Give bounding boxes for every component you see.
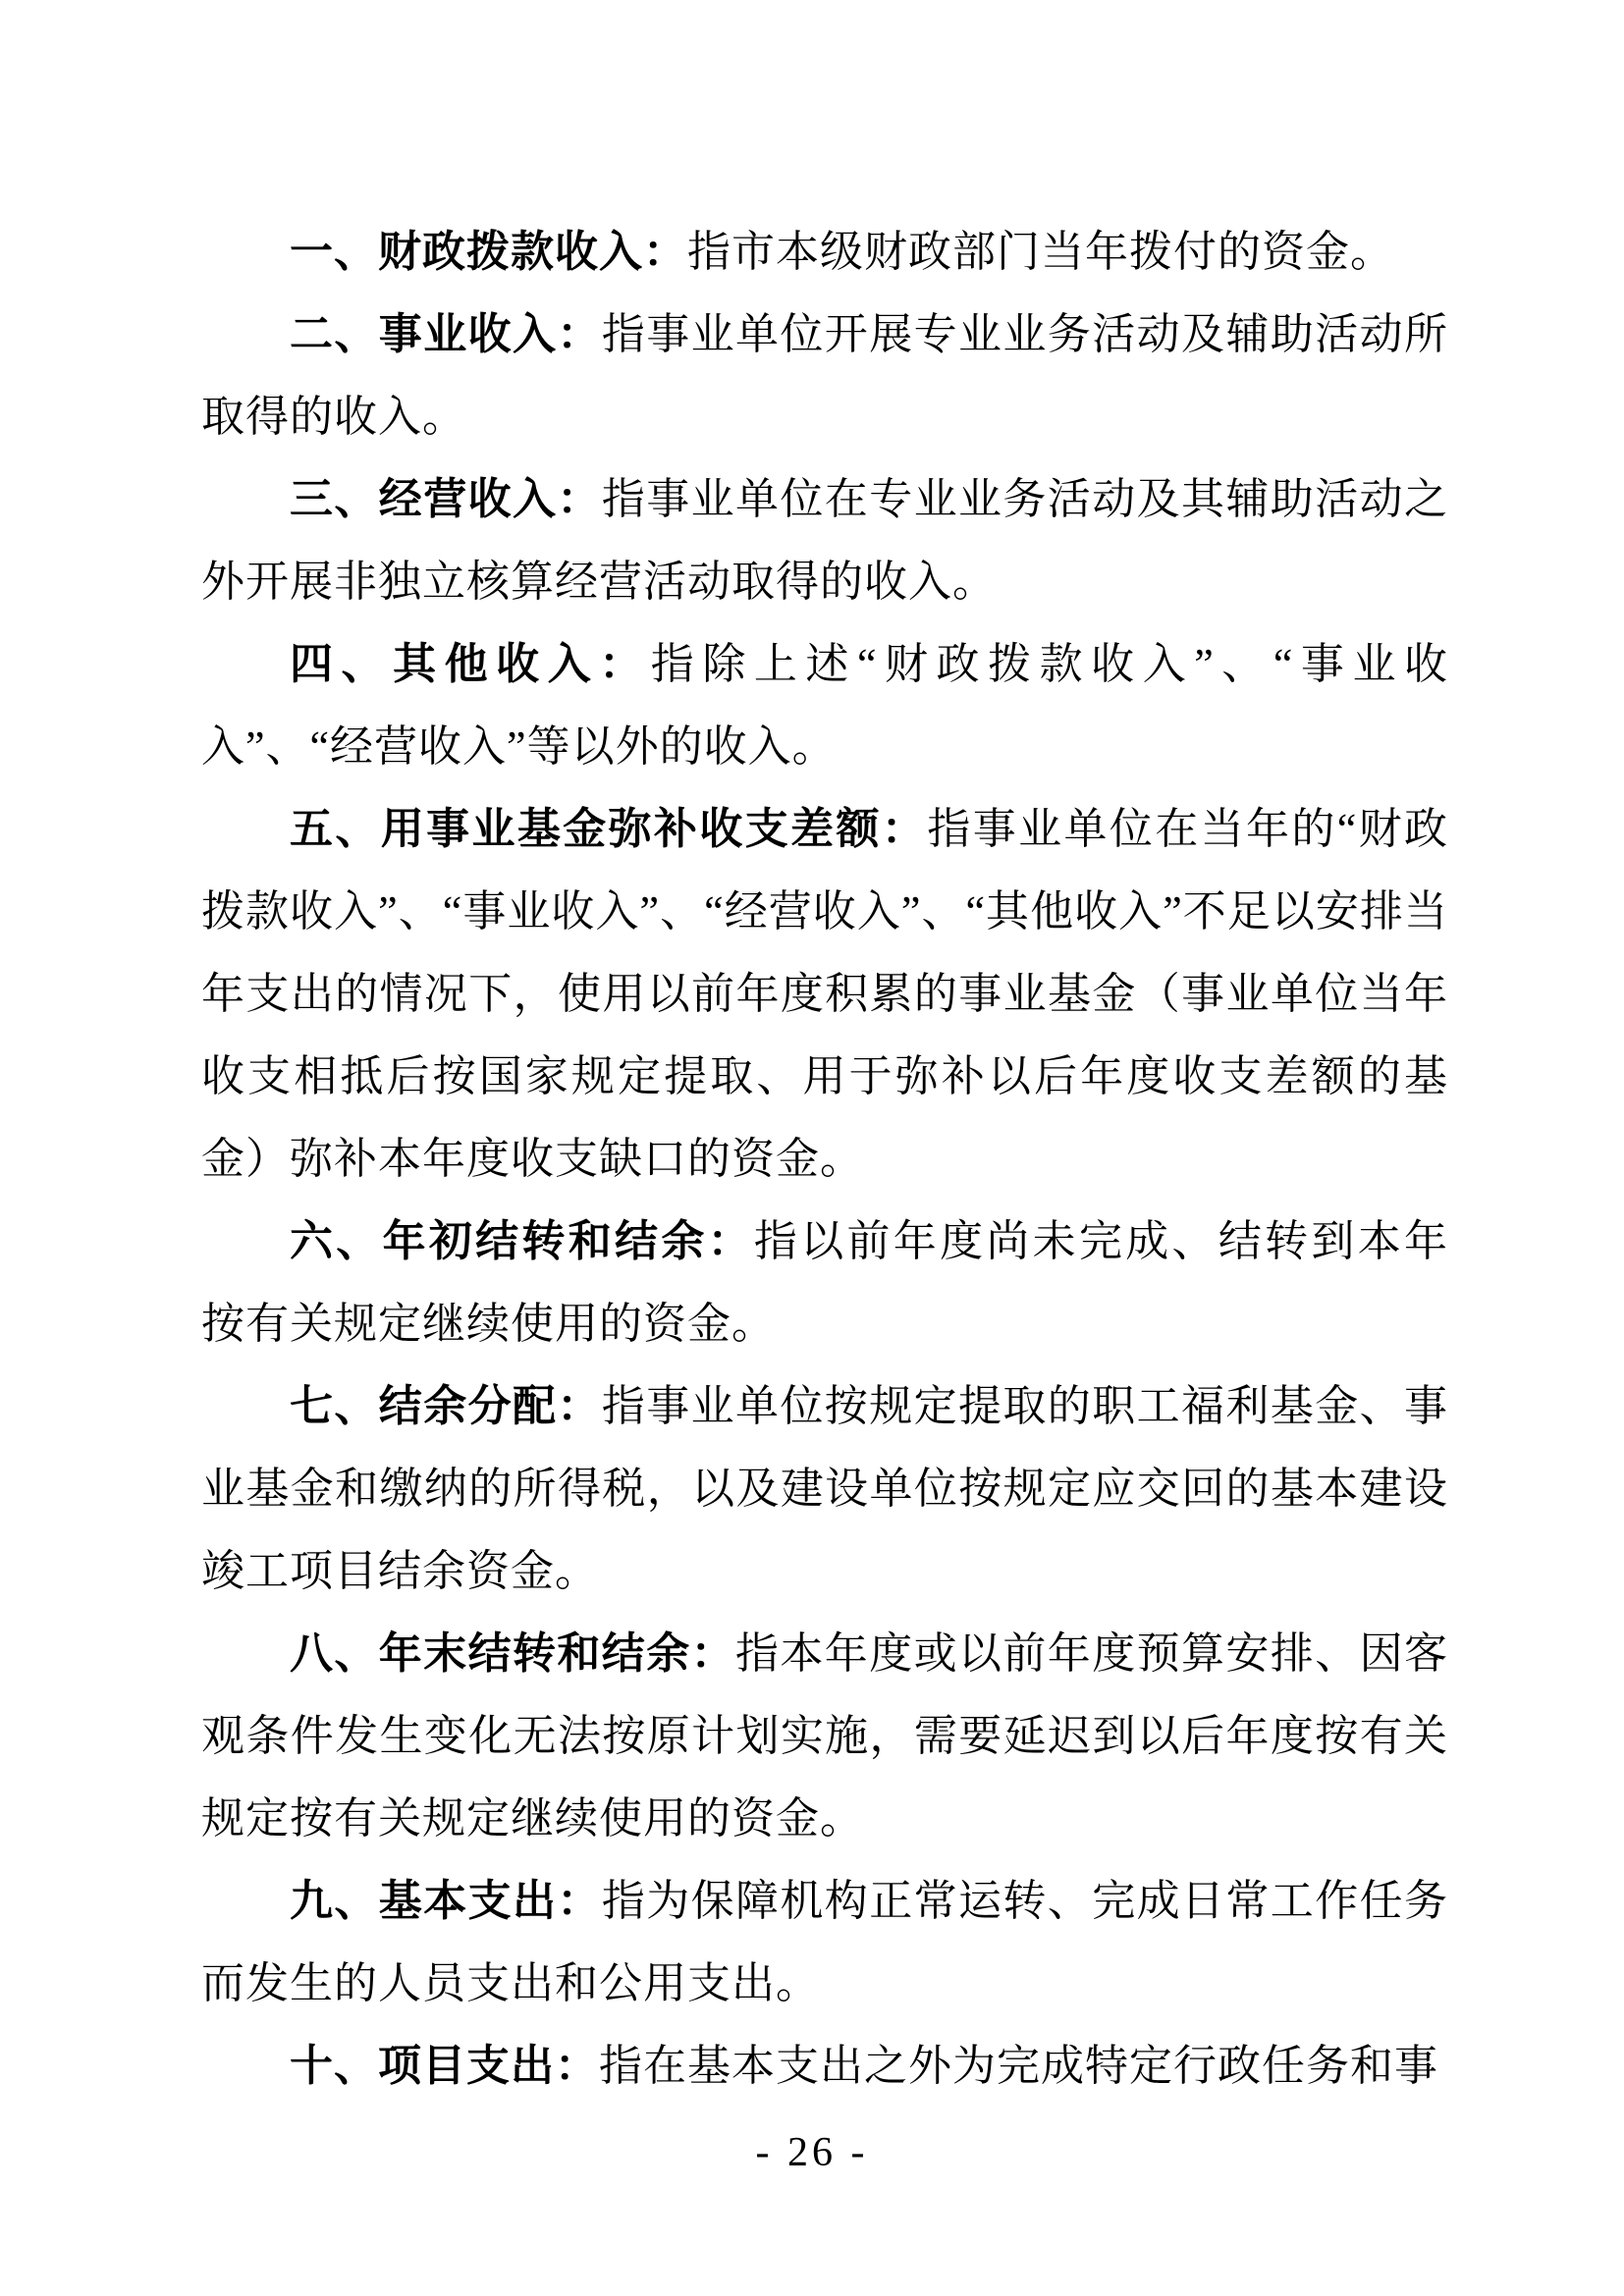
term-label: 十、项目支出： xyxy=(290,2042,599,2090)
glossary-item-1: 一、财政拨款收入：指市本级财政部门当年拨付的资金。 xyxy=(201,211,1448,294)
glossary-item-7: 七、结余分配：指事业单位按规定提取的职工福利基金、事业基金和缴纳的所得税，以及建… xyxy=(201,1365,1448,1613)
term-label: 九、基本支出： xyxy=(290,1877,602,1925)
glossary-item-5: 五、用事业基金弥补收支差额：指事业单位在当年的“财政拨款收入”、“事业收入”、“… xyxy=(201,788,1448,1201)
glossary-section: 一、财政拨款收入：指市本级财政部门当年拨付的资金。 二、事业收入：指事业单位开展… xyxy=(201,211,1448,2108)
term-label: 五、用事业基金弥补收支差额： xyxy=(290,805,927,853)
glossary-item-9: 九、基本支出：指为保障机构正常运转、完成日常工作任务而发生的人员支出和公用支出。 xyxy=(201,1860,1448,2025)
term-label: 一、财政拨款收入： xyxy=(290,228,687,276)
term-label: 二、事业收入： xyxy=(290,310,602,358)
document-page: 一、财政拨款收入：指市本级财政部门当年拨付的资金。 二、事业收入：指事业单位开展… xyxy=(0,0,1624,2296)
term-label: 六、年初结转和结余： xyxy=(290,1217,754,1265)
glossary-item-2: 二、事业收入：指事业单位开展专业业务活动及辅助活动所取得的收入。 xyxy=(201,294,1448,458)
glossary-item-6: 六、年初结转和结余：指以前年度尚未完成、结转到本年 按有关规定继续使用的资金。 xyxy=(201,1201,1448,1365)
glossary-item-8: 八、年末结转和结余：指本年度或以前年度预算安排、因客观条件发生变化无法按原计划实… xyxy=(201,1613,1448,1860)
term-definition: 指事业单位在当年的“财政拨款收入”、“事业收入”、“经营收入”、“其他收入”不足… xyxy=(201,805,1448,1183)
term-label: 三、经营收入： xyxy=(290,475,602,523)
term-label: 四、其他收入： xyxy=(290,640,651,688)
glossary-item-10: 十、项目支出：指在基本支出之外为完成特定行政任务和事 xyxy=(201,2025,1448,2108)
glossary-item-3: 三、经营收入：指事业单位在专业业务活动及其辅助活动之外开展非独立核算经营活动取得… xyxy=(201,458,1448,623)
glossary-item-4: 四、其他收入：指除上述“财政拨款收入”、“事业收入”、“经营收入”等以外的收入。 xyxy=(201,623,1448,788)
term-definition: 指在基本支出之外为完成特定行政任务和事 xyxy=(599,2042,1438,2090)
term-label: 七、结余分配： xyxy=(290,1382,602,1430)
term-definition: 指市本级财政部门当年拨付的资金。 xyxy=(687,228,1394,276)
page-number: - 26 - xyxy=(0,2128,1624,2177)
term-label: 八、年末结转和结余： xyxy=(290,1629,735,1678)
